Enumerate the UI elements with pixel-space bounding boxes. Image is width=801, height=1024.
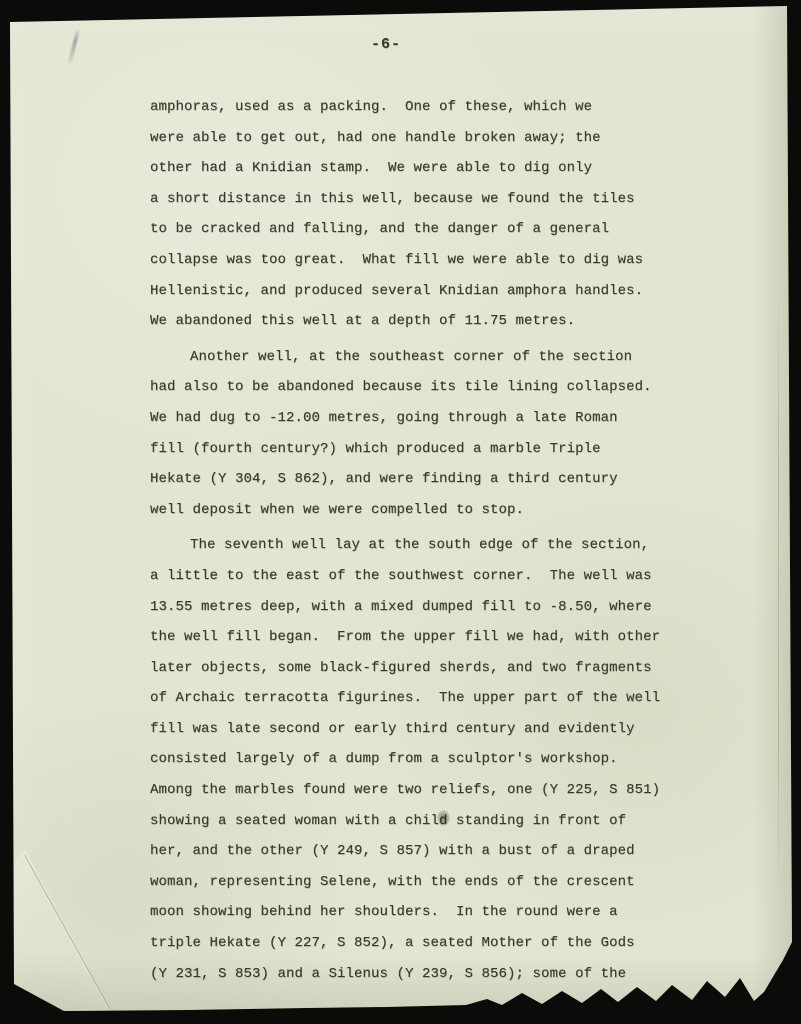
paragraph: Another well, at the southeast corner of… (150, 342, 710, 526)
typed-line: The seventh well lay at the south edge o… (150, 530, 710, 561)
photo-backdrop: -6- amphoras, used as a packing. One of … (0, 0, 801, 1024)
typed-line: woman, representing Selene, with the end… (150, 867, 710, 898)
typed-line: Among the marbles found were two reliefs… (150, 775, 710, 806)
typed-line: We abandoned this well at a depth of 11.… (150, 306, 710, 337)
typed-text: amphoras, used as a packing. One of thes… (150, 92, 710, 989)
typed-line: moon showing behind her shoulders. In th… (150, 897, 710, 928)
typed-line: well deposit when we were compelled to s… (150, 495, 710, 526)
typed-line: other had a Knidian stamp. We were able … (150, 153, 710, 184)
typed-line: the well fill began. From the upper fill… (150, 622, 710, 653)
typed-line: We had dug to -12.00 metres, going throu… (150, 403, 710, 434)
typed-line: of Archaic terracotta figurines. The upp… (150, 683, 710, 714)
typed-line: Hellenistic, and produced several Knidia… (150, 276, 710, 307)
typed-line: 13.55 metres deep, with a mixed dumped f… (150, 592, 710, 623)
ink-smudge (437, 810, 450, 826)
typed-line: (Y 231, S 853) and a Silenus (Y 239, S 8… (150, 959, 710, 990)
document-page: -6- amphoras, used as a packing. One of … (6, 2, 793, 1014)
right-edge-crease (778, 282, 779, 902)
typed-line: to be cracked and falling, and the dange… (150, 214, 710, 245)
typed-line: fill (fourth century?) which produced a … (150, 434, 710, 465)
typed-line: collapse was too great. What fill we wer… (150, 245, 710, 276)
typed-line: amphoras, used as a packing. One of thes… (150, 92, 710, 123)
typed-line: had also to be abandoned because its til… (150, 372, 710, 403)
typed-line: Another well, at the southeast corner of… (150, 342, 710, 373)
typed-line: a short distance in this well, because w… (150, 184, 710, 215)
typed-line: were able to get out, had one handle bro… (150, 123, 710, 154)
typed-line: Hekate (Y 304, S 862), and were finding … (150, 464, 710, 495)
typed-line: later objects, some black-figured sherds… (150, 653, 710, 684)
paragraph: The seventh well lay at the south edge o… (150, 530, 710, 989)
typed-line: a little to the east of the southwest co… (150, 561, 710, 592)
typed-line: her, and the other (Y 249, S 857) with a… (150, 836, 710, 867)
page-number: -6- (6, 36, 766, 53)
paragraph: amphoras, used as a packing. One of thes… (150, 92, 710, 337)
typed-line: triple Hekate (Y 227, S 852), a seated M… (150, 928, 710, 959)
typed-line: fill was late second or early third cent… (150, 714, 710, 745)
typed-line: showing a seated woman with a child stan… (150, 806, 710, 837)
typed-line: consisted largely of a dump from a sculp… (150, 744, 710, 775)
